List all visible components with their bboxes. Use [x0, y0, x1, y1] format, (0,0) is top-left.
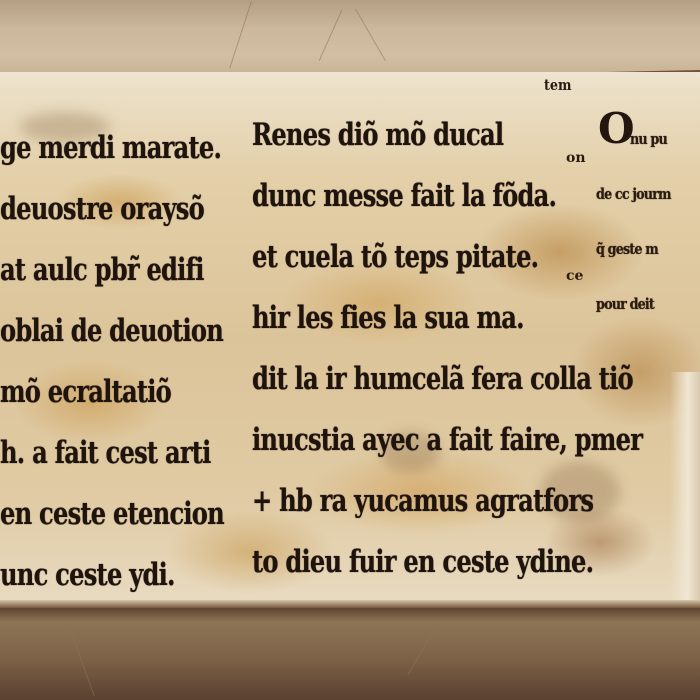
text-column-right: nu pu de cc jourm q̃ geste m pour deit	[596, 112, 684, 332]
superscript-abbrev: ce	[566, 268, 583, 284]
inscription-line: unc ceste ydi.	[0, 545, 224, 606]
inscription-line: de cc jourm	[596, 167, 671, 222]
inscription-line: inucstia ayec a fait faire, pmer	[252, 410, 642, 471]
inscription-line: nu pu	[596, 112, 671, 167]
stone-wall-top	[0, 0, 700, 80]
inscription-line: ge merdi marate.	[0, 118, 224, 179]
inscription-line: at aulc pbr̃ edifi	[0, 240, 224, 301]
inscription-line: h. a fait cest arti	[0, 423, 224, 484]
inscription-line: hir les fies la sua ma.	[252, 288, 642, 349]
inscription-line: en ceste etencion	[0, 484, 224, 545]
inscription-line: q̃ geste m	[596, 222, 671, 277]
text-column-left: ge merdi marate. deuostre oraysõ at aulc…	[0, 118, 287, 606]
inscription-line: et cuela tõ teps pitate.	[252, 227, 642, 288]
inscription-line: + hb ra yucamus agratfors	[252, 471, 642, 532]
inscription-line: deuostre oraysõ	[0, 179, 224, 240]
margin-note: tem	[544, 76, 571, 94]
inscription-line: dit la ir humcelã fera colla tiõ	[252, 349, 642, 410]
stone-wall-bottom	[0, 608, 700, 700]
superscript-abbrev: on	[566, 150, 586, 166]
inscription-line: to dieu fuir en ceste ydine.	[252, 532, 642, 593]
inscription-line: mõ ecraltatiõ	[0, 362, 224, 423]
inscription-photo: tem ge merdi marate. deuostre oraysõ at …	[0, 0, 700, 700]
inscription-line: dunc messe fait la fõda.	[252, 166, 642, 227]
inscription-line: oblai de deuotion	[0, 301, 224, 362]
inscription-line: pour deit	[596, 277, 671, 332]
